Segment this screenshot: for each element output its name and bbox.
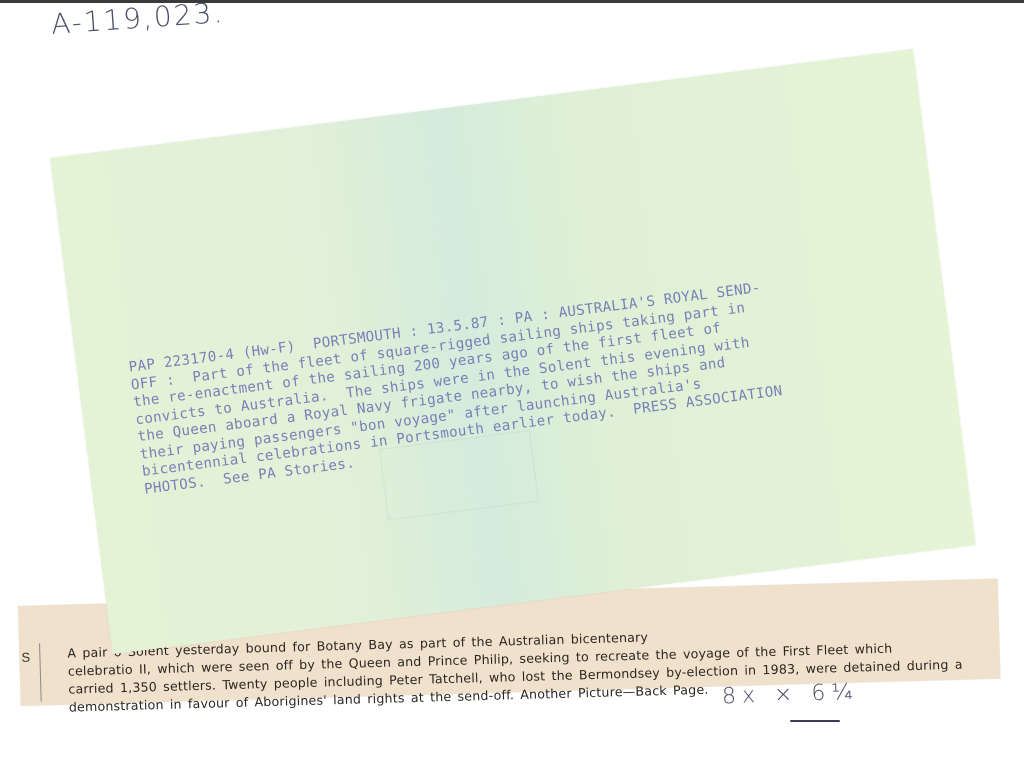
- archive-number: A-119,023.: [50, 0, 225, 41]
- column-mark: S: [21, 650, 30, 665]
- column-rule: [39, 643, 42, 701]
- size-underline: [790, 720, 840, 722]
- caption-slip: PAP 223170-4 (Hw-F) PORTSMOUTH : 13.5.87…: [50, 49, 976, 654]
- size-note: 8x × 6¼: [722, 680, 860, 710]
